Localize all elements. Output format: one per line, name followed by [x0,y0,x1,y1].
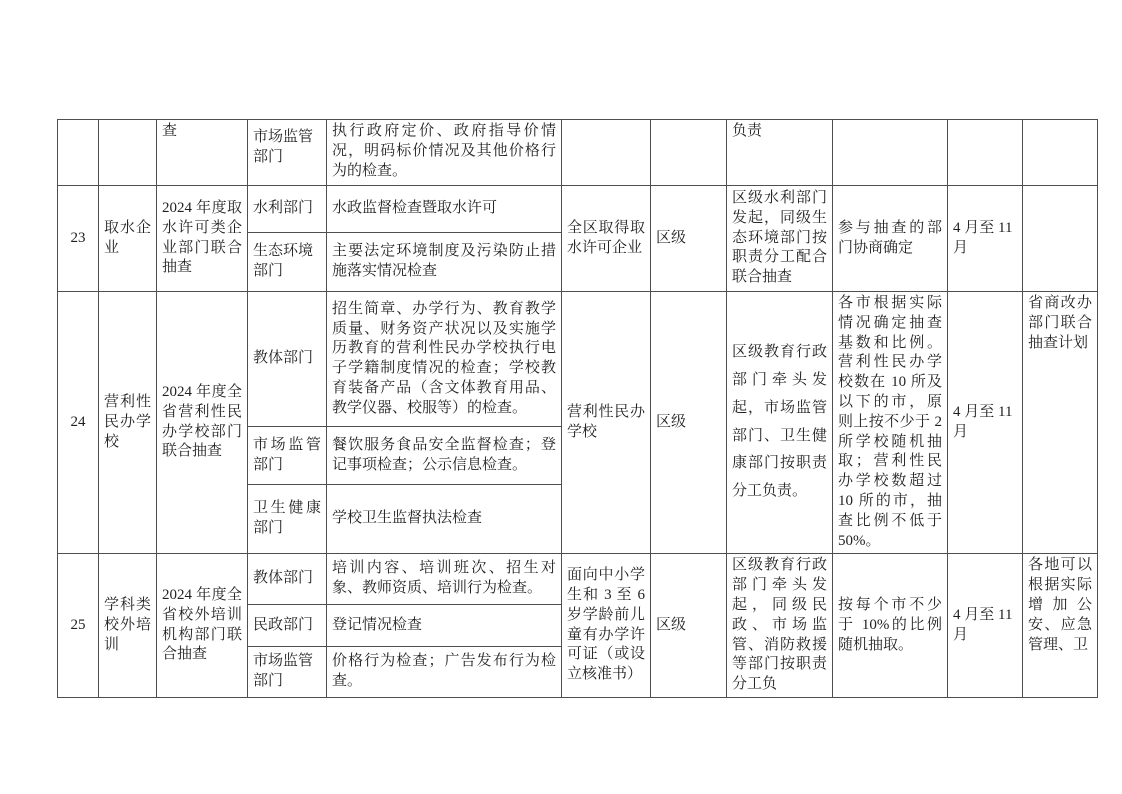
level-cell [651,120,727,186]
task-name-cell: 2024 年度取水许可类企业部门联合抽查 [157,186,248,292]
method-cell: 区级教育行政部门牵头发起，同级民政、市场监管、消防救援等部门按职责分工负 [727,554,833,698]
dept-cell: 教体部门 [248,554,327,605]
content-cell: 招生简章、办学行为、教育教学质量、财务资产状况以及实施学历教育的营利性民办学校执… [327,292,562,427]
note-cell [1023,120,1098,186]
dept-cell: 生态环境部门 [248,233,327,292]
dept-cell: 市场监管部门 [248,647,327,698]
content-cell: 执行政府定价、政府指导价情况，明码标价情况及其他价格行为的检查。 [327,120,562,186]
object-name-cell: 取水企业 [99,186,157,292]
ratio-cell: 按每个市不少于 10%的比例随机抽取。 [833,554,948,698]
note-cell: 省商改办部门联合抽查计划 [1023,292,1098,554]
level-cell: 区级 [651,292,727,554]
note-cell: 各地可以根据实际增加公安、应急管理、卫 [1023,554,1098,698]
target-cell: 营利性民办学校 [562,292,651,554]
seq-cell: 25 [58,554,99,698]
seq-cell: 23 [58,186,99,292]
object-name-cell: 营利性民办学校 [99,292,157,554]
dept-cell: 民政部门 [248,605,327,647]
target-cell [562,120,651,186]
time-cell: 4 月至 11 月 [948,186,1023,292]
table-row: 查 市场监管部门 执行政府定价、政府指导价情况，明码标价情况及其他价格行为的检查… [58,120,1098,186]
content-cell: 登记情况检查 [327,605,562,647]
method-cell: 区级教育行政部门牵头发起，市场监管部门、卫生健康部门按职责分工负责。 [727,292,833,554]
content-cell: 价格行为检查；广告发布行为检查。 [327,647,562,698]
seq-cell: 24 [58,292,99,554]
method-cell: 负责 [727,120,833,186]
content-cell: 学校卫生监督执法检查 [327,485,562,554]
ratio-cell: 各市根据实际情况确定抽查基数和比例。营利性民办学校数在 10 所及以下的市，原则… [833,292,948,554]
table-row: 23 取水企业 2024 年度取水许可类企业部门联合抽查 水利部门 水政监督检查… [58,186,1098,233]
object-name-cell: 学科类校外培训 [99,554,157,698]
dept-cell: 水利部门 [248,186,327,233]
seq-cell [58,120,99,186]
dept-cell: 市场监管部门 [248,120,327,186]
content-cell: 培训内容、培训班次、招生对象、教师资质、培训行为检查。 [327,554,562,605]
table-row: 24 营利性民办学校 2024 年度全省营利性民办学校部门联合抽查 教体部门 招… [58,292,1098,427]
level-cell: 区级 [651,554,727,698]
dept-cell: 市场监管部门 [248,427,327,485]
inspection-plan-table: 查 市场监管部门 执行政府定价、政府指导价情况，明码标价情况及其他价格行为的检查… [57,119,1098,698]
table-row: 25 学科类校外培训 2024 年度全省校外培训机构部门联合抽查 教体部门 培训… [58,554,1098,605]
note-cell [1023,186,1098,292]
target-cell: 全区取得取水许可企业 [562,186,651,292]
object-name-cell [99,120,157,186]
method-cell: 区级水利部门发起，同级生态环境部门按职责分工配合联合抽查 [727,186,833,292]
level-cell: 区级 [651,186,727,292]
document-page: { "meta": { "page_background": "#ffffff"… [0,0,1122,794]
task-name-cell: 2024 年度全省营利性民办学校部门联合抽查 [157,292,248,554]
ratio-cell [833,120,948,186]
time-cell: 4 月至 11 月 [948,554,1023,698]
task-name-cell: 查 [157,120,248,186]
content-cell: 水政监督检查暨取水许可 [327,186,562,233]
time-cell [948,120,1023,186]
ratio-cell: 参与抽查的部门协商确定 [833,186,948,292]
target-cell: 面向中小学生和 3 至 6 岁学龄前儿童有办学许可证（或设立核准书） [562,554,651,698]
content-cell: 主要法定环境制度及污染防止措施落实情况检查 [327,233,562,292]
dept-cell: 教体部门 [248,292,327,427]
content-cell: 餐饮服务食品安全监督检查；登记事项检查；公示信息检查。 [327,427,562,485]
time-cell: 4 月至 11 月 [948,292,1023,554]
task-name-cell: 2024 年度全省校外培训机构部门联合抽查 [157,554,248,698]
dept-cell: 卫生健康部门 [248,485,327,554]
